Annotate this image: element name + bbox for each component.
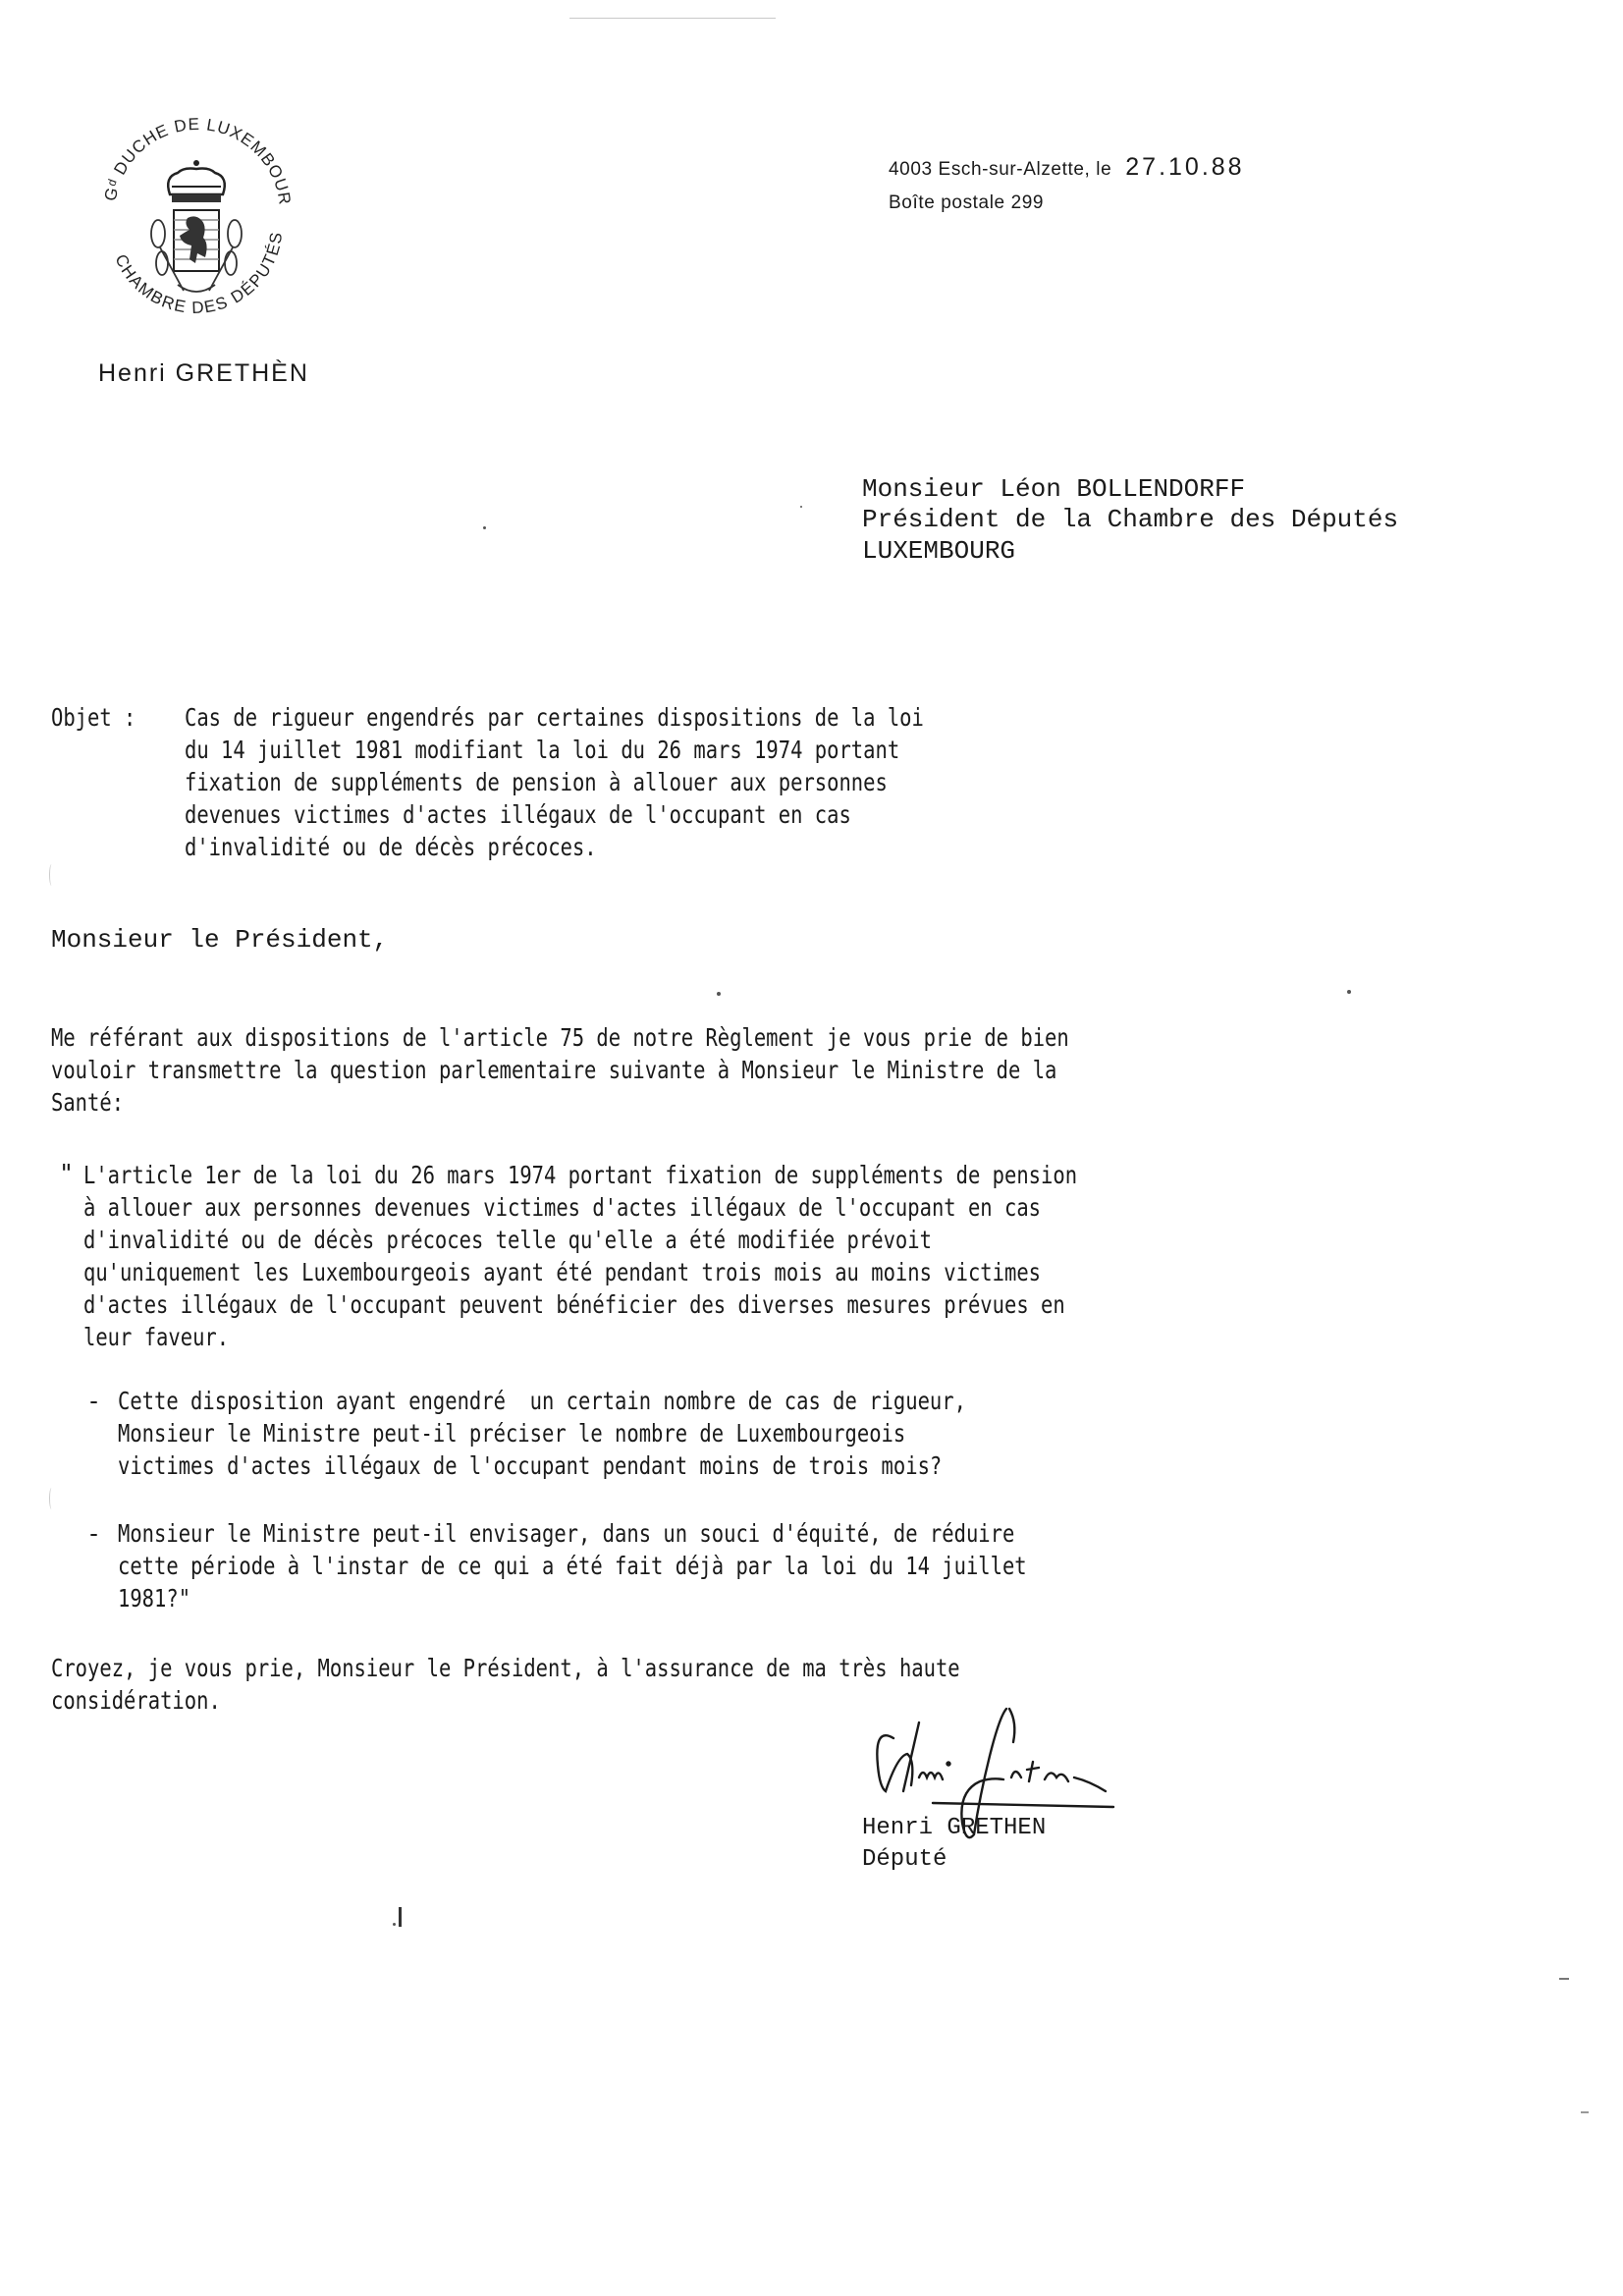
subject-line: du 14 juillet 1981 modifiant la loi du 2… <box>185 734 924 766</box>
bullet-line: Monsieur le Ministre peut-il préciser le… <box>118 1417 966 1449</box>
scan-artifact-mark <box>399 1907 402 1927</box>
subject-line: d'invalidité ou de décès précoces. <box>185 831 924 863</box>
bullet-dash: - <box>86 1385 101 1417</box>
bullet-item: Cette disposition ayant engendré un cert… <box>118 1385 966 1482</box>
scan-artifact-mark <box>1559 1978 1569 1980</box>
scan-artifact-mark <box>49 864 54 886</box>
recipient-city: LUXEMBOURG <box>862 536 1015 566</box>
question-line: à allouer aux personnes devenues victime… <box>83 1191 1077 1224</box>
letterhead-sender-name: Henri GRETHÈN <box>98 359 309 388</box>
subject-line: fixation de suppléments de pension à all… <box>185 766 924 798</box>
scan-speck <box>800 506 802 508</box>
scan-speck <box>393 1923 396 1926</box>
coat-of-arms-icon: Gᵈ DUCHE DE LUXEMBOURG CHAMBRE DES DÉPUT… <box>93 116 299 332</box>
bullet-line: victimes d'actes illégaux de l'occupant … <box>118 1449 966 1482</box>
subject-label: Objet : <box>51 701 135 734</box>
bullet-line: Cette disposition ayant engendré un cert… <box>118 1385 966 1417</box>
subject-line: devenues victimes d'actes illégaux de l'… <box>185 798 924 831</box>
question-line: L'article 1er de la loi du 26 mars 1974 … <box>83 1159 1077 1191</box>
scan-artifact-mark <box>1581 2111 1589 2113</box>
scan-speck <box>717 992 721 996</box>
scan-artifact-line <box>569 18 776 19</box>
salutation: Monsieur le Président, <box>51 925 388 955</box>
open-quote: " <box>59 1157 74 1189</box>
intro-line: vouloir transmettre la question parlemen… <box>51 1054 1069 1086</box>
recipient-name: Monsieur Léon BOLLENDORFF <box>862 474 1245 504</box>
letter-date: 27.10.88 <box>1125 153 1244 181</box>
scan-artifact-mark <box>49 1488 54 1509</box>
bullet-dash: - <box>86 1517 101 1550</box>
closing-line: Croyez, je vous prie, Monsieur le Présid… <box>51 1652 960 1684</box>
scan-speck <box>1347 990 1351 994</box>
bullet-line: 1981?" <box>118 1582 1027 1614</box>
intro-line: Santé: <box>51 1086 1069 1119</box>
recipient-title: Président de la Chambre des Députés <box>862 505 1398 534</box>
question-line: leur faveur. <box>83 1321 1077 1353</box>
signature-title: Député <box>862 1846 947 1873</box>
signature-name: Henri GRETHEN <box>862 1815 1046 1841</box>
closing-paragraph: Croyez, je vous prie, Monsieur le Présid… <box>51 1652 960 1717</box>
intro-paragraph: Me référant aux dispositions de l'articl… <box>51 1021 1069 1119</box>
postal-box: Boîte postale 299 <box>889 192 1044 214</box>
bullet-item: Monsieur le Ministre peut-il envisager, … <box>118 1517 1027 1614</box>
letterhead-seal: Gᵈ DUCHE DE LUXEMBOURG CHAMBRE DES DÉPUT… <box>93 116 299 332</box>
question-line: qu'uniquement les Luxembourgeois ayant é… <box>83 1256 1077 1288</box>
question-line: d'actes illégaux de l'occupant peuvent b… <box>83 1288 1077 1321</box>
subject-line: Cas de rigueur engendrés par certaines d… <box>185 701 924 734</box>
place-line: 4003 Esch-sur-Alzette, le <box>889 159 1111 180</box>
bullet-line: Monsieur le Ministre peut-il envisager, … <box>118 1517 1027 1550</box>
intro-line: Me référant aux dispositions de l'articl… <box>51 1021 1069 1054</box>
place-and-date-line: 4003 Esch-sur-Alzette, le27.10.88 <box>889 153 1245 182</box>
question-line: d'invalidité ou de décès précoces telle … <box>83 1224 1077 1256</box>
scan-speck <box>483 526 486 529</box>
bullet-line: cette période à l'instar de ce qui a été… <box>118 1550 1027 1582</box>
closing-line: considération. <box>51 1684 960 1717</box>
